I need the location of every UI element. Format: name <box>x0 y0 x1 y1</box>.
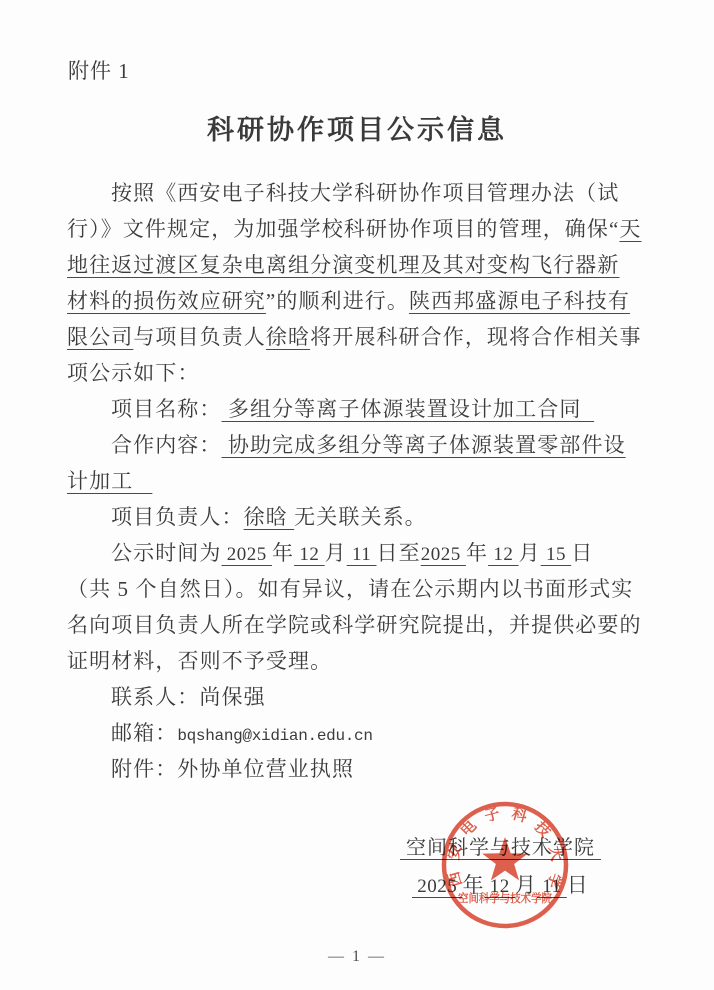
body-line: 合作内容： 协助完成多组分等离子体源装置零部件设 <box>67 427 642 463</box>
body-line: 项公示如下： <box>67 355 642 391</box>
star-icon <box>482 837 528 880</box>
document-title: 科研协作项目公示信息 <box>0 110 714 150</box>
body-line: 附件：外协单位营业执照 <box>67 751 642 787</box>
text-segment: 徐晗 <box>266 325 310 349</box>
text-segment: 按照《西安电子科技大学科研协作项目管理办法（试 <box>111 181 619 205</box>
text-segment: bqshang@xidian.edu.cn <box>177 727 372 745</box>
text-segment: 徐晗 <box>244 505 295 529</box>
body-line: 邮箱：bqshang@xidian.edu.cn <box>67 715 642 751</box>
text-segment: 将开展科研合作，现将合作相关事 <box>310 325 642 349</box>
text-segment: 年 <box>272 541 294 565</box>
text-segment: ”的顺利进行。 <box>266 289 409 313</box>
text-segment: 12 <box>294 544 325 565</box>
text-segment: 月 <box>519 541 541 565</box>
text-segment: 陕西邦盛源电子科技有 <box>409 289 630 313</box>
body-line: 联系人：尚保强 <box>67 679 642 715</box>
text-segment: （共 5 个自然日）。如有异议，请在公示期内以书面形式实 <box>67 577 633 601</box>
body-line: 项目负责人：徐晗 无关联关系。 <box>67 499 642 535</box>
official-stamp: 西安电子科技大学 空间科学与技术学院 <box>425 785 585 945</box>
body-line: 行）》文件规定，为加强学校科研协作项目的管理，确保“天 <box>67 211 642 247</box>
text-segment: 限公司 <box>67 325 133 349</box>
text-segment: 地往返过渡区复杂电离组分演变机理及其对变构飞行器新 <box>67 253 620 277</box>
text-segment: 多组分等离子体源装置设计加工合同 <box>222 397 595 421</box>
body-line: 材料的损伤效应研究”的顺利进行。陕西邦盛源电子科技有 <box>67 283 642 319</box>
text-segment: 与项目负责人 <box>133 325 266 349</box>
text-segment: 15 <box>541 544 572 565</box>
text-segment: 无关联关系。 <box>294 505 427 529</box>
text-segment: 日 <box>571 541 593 565</box>
document-page: 附件 1 科研协作项目公示信息 按照《西安电子科技大学科研协作项目管理办法（试行… <box>0 0 714 990</box>
body-line: 按照《西安电子科技大学科研协作项目管理办法（试 <box>67 175 642 211</box>
body-line: 公示时间为 2025 年 12 月 11 日至2025 年 12 月 15 日 <box>67 535 642 571</box>
text-segment: 年 <box>466 541 488 565</box>
text-segment: 协助完成多组分等离子体源装置零部件设 <box>222 433 626 457</box>
text-segment: 附件：外协单位营业执照 <box>111 757 354 781</box>
attachment-label: 附件 1 <box>68 56 130 86</box>
text-segment: 月 <box>325 541 347 565</box>
text-segment: 项目负责人： <box>111 505 244 529</box>
text-segment: 邮箱： <box>111 721 177 745</box>
text-segment: 天 <box>619 217 641 241</box>
text-segment: 2025 <box>421 544 466 565</box>
body-line: 计加工 <box>67 463 642 499</box>
text-segment: 12 <box>488 544 519 565</box>
page-number: — 1 — <box>0 948 714 966</box>
text-segment: 2025 <box>222 544 273 565</box>
body-line: 证明材料，否则不予受理。 <box>67 643 642 679</box>
text-segment: 公示时间为 <box>111 541 222 565</box>
text-segment: 项公示如下： <box>67 361 200 385</box>
text-segment: 名向项目负责人所在学院或科学研究院提出，并提供必要的 <box>67 613 642 637</box>
text-segment: 计加工 <box>67 469 152 493</box>
text-segment: 项目名称： <box>111 397 222 421</box>
body-line: （共 5 个自然日）。如有异议，请在公示期内以书面形式实 <box>67 571 642 607</box>
text-segment: 联系人：尚保强 <box>111 685 266 709</box>
text-segment: 日至 <box>377 541 421 565</box>
body-line: 限公司与项目负责人徐晗将开展科研合作，现将合作相关事 <box>67 319 642 355</box>
text-segment: 合作内容： <box>111 433 222 457</box>
body-paragraphs: 按照《西安电子科技大学科研协作项目管理办法（试行）》文件规定，为加强学校科研协作… <box>67 175 642 787</box>
text-segment: 证明材料，否则不予受理。 <box>67 649 332 673</box>
text-segment: 行）》文件规定，为加强学校科研协作项目的管理，确保“ <box>67 217 619 241</box>
body-line: 地往返过渡区复杂电离组分演变机理及其对变构飞行器新 <box>67 247 642 283</box>
text-segment: 11 <box>347 544 377 565</box>
stamp-bottom-text: 空间科学与技术学院 <box>458 891 552 905</box>
body-line: 名向项目负责人所在学院或科学研究院提出，并提供必要的 <box>67 607 642 643</box>
text-segment: 材料的损伤效应研究 <box>67 289 266 313</box>
body-line: 项目名称： 多组分等离子体源装置设计加工合同 <box>67 391 642 427</box>
